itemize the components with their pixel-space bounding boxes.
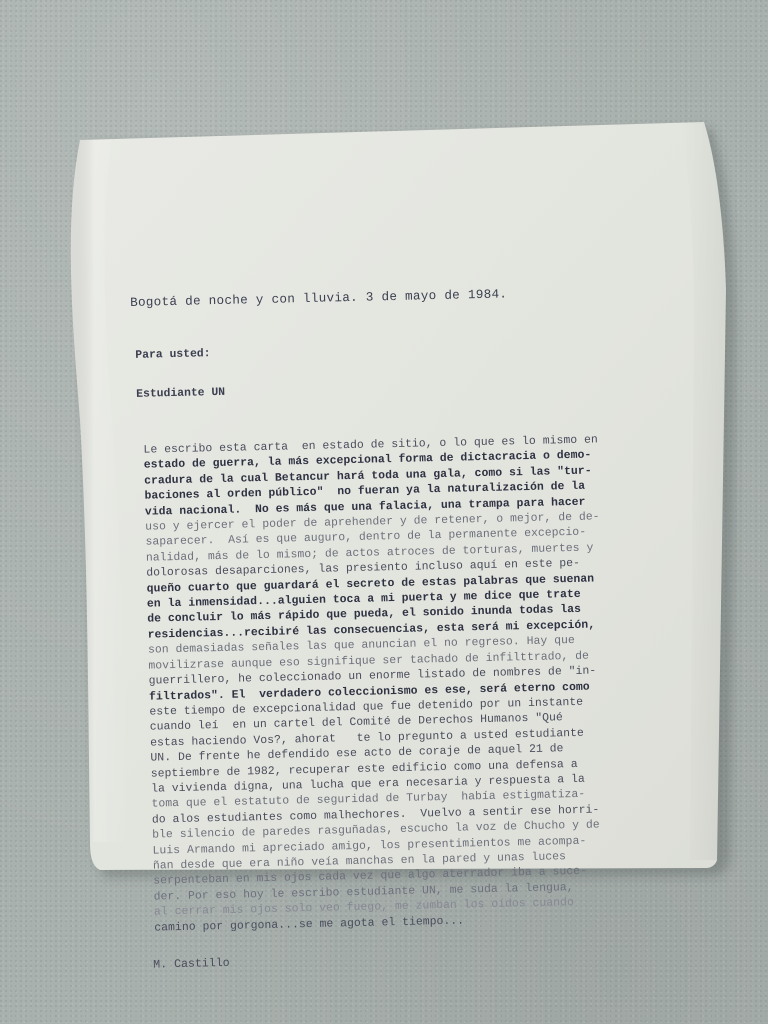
salutation-line-2: Estudiante UN xyxy=(136,377,650,402)
typewritten-letter: Bogotá de noche y con lluvia. 3 de mayo … xyxy=(128,284,663,972)
letter-body: Le escribo esta carta en estado de sitio… xyxy=(143,432,662,936)
salutation-line-1: Para usted: xyxy=(135,338,649,363)
letter-salutation: Para usted: Estudiante UN xyxy=(135,312,651,428)
